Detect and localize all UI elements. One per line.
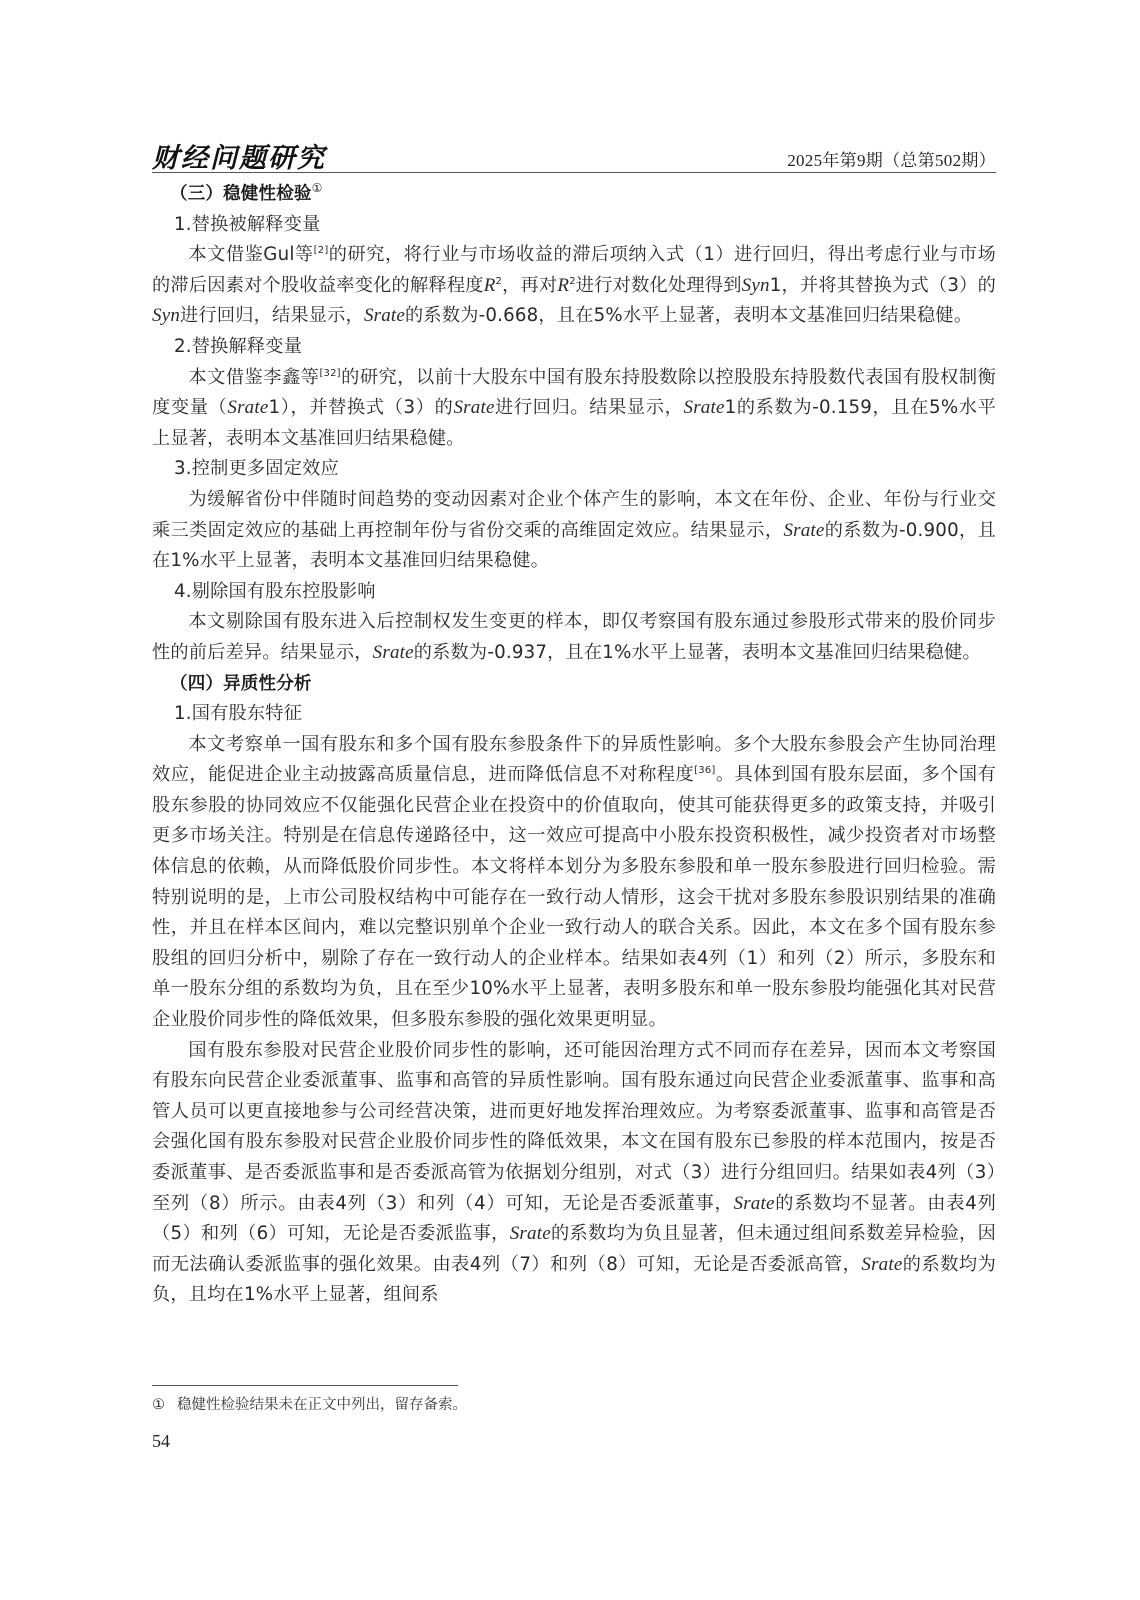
text: 的系数为-0.937，且在1%水平上显著，表明本文基准回归结果稳健。 xyxy=(414,642,981,663)
paragraph: 国有股东参股对民营企业股价同步性的影响，还可能因治理方式不同而存在差异，因而本文… xyxy=(152,1036,996,1311)
subheading-replace-dependent: 1.替换被解释变量 xyxy=(152,210,996,241)
variable: Srate xyxy=(453,397,494,418)
variable: Srate xyxy=(783,520,824,541)
footnote: ①稳健性检验结果未在正文中列出，留存备索。 xyxy=(152,1393,467,1414)
footnote-text: 稳健性检验结果未在正文中列出，留存备索。 xyxy=(177,1397,467,1413)
variable: Srate xyxy=(684,397,725,418)
variable: Srate xyxy=(510,1223,551,1244)
text: 进行对数化处理得到 xyxy=(576,275,742,296)
subheading-more-fixed-effects: 3.控制更多固定效应 xyxy=(152,454,996,485)
variable: R xyxy=(557,275,569,296)
variable: Srate xyxy=(861,1254,902,1275)
paragraph: 本文剔除国有股东进入后控制权发生变更的样本，即仅考察国有股东通过参股形式带来的股… xyxy=(152,607,996,668)
footnote-divider xyxy=(152,1385,458,1386)
text: 。具体到国有股东层面，多个国有股东参股的协同效应不仅能强化民营企业在投资中的价值… xyxy=(152,764,996,1030)
section-heading-robustness: （三）稳健性检验① xyxy=(152,179,996,210)
citation[interactable]: [2] xyxy=(314,245,329,256)
section-heading-text: （三）稳健性检验 xyxy=(170,184,312,204)
text: 本文借鉴李鑫等 xyxy=(188,367,319,388)
paragraph: 本文借鉴李鑫等[32]的研究，以前十大股东中国有股东持股数除以控股股东持股数代表… xyxy=(152,363,996,455)
section-heading-heterogeneity: （四）异质性分析 xyxy=(152,669,996,700)
variable: Srate xyxy=(227,397,268,418)
paragraph: 本文借鉴Gul等[2]的研究，将行业与市场收益的滞后项纳入式（1）进行回归，得出… xyxy=(152,240,996,332)
article-body: （三）稳健性检验① 1.替换被解释变量 本文借鉴Gul等[2]的研究，将行业与市… xyxy=(152,179,996,1311)
variable: Syn xyxy=(152,305,180,326)
citation[interactable]: [32] xyxy=(319,368,340,379)
footnote-reference[interactable]: ① xyxy=(312,181,323,195)
footnote-mark: ① xyxy=(152,1397,165,1413)
issue-info: 2025年第9期（总第502期） xyxy=(787,146,996,171)
subheading-replace-explanatory: 2.替换解释变量 xyxy=(152,332,996,363)
variable: Syn xyxy=(742,275,770,296)
text: 国有股东参股对民营企业股价同步性的影响，还可能因治理方式不同而存在差异，因而本文… xyxy=(152,1040,996,1214)
text: 1，并将其替换为式（3）的 xyxy=(770,275,996,296)
text: 进行回归，结果显示， xyxy=(180,305,364,326)
paragraph: 本文考察单一国有股东和多个国有股东参股条件下的异质性影响。多个大股东参股会产生协… xyxy=(152,730,996,1036)
page-header: 财经问题研究 2025年第9期（总第502期） xyxy=(152,136,996,173)
page-number: 54 xyxy=(152,1431,170,1452)
text: 进行回归。结果显示， xyxy=(495,397,684,418)
subheading-exclude-state-control: 4.剔除国有股东控股影响 xyxy=(152,577,996,608)
text: 本文借鉴Gul等 xyxy=(188,244,313,265)
subheading-shareholder-features: 1.国有股东特征 xyxy=(152,699,996,730)
citation[interactable]: [36] xyxy=(694,765,715,776)
journal-logo: 财经问题研究 xyxy=(152,136,326,175)
variable: Srate xyxy=(364,305,405,326)
paragraph: 为缓解省份中伴随时间趋势的变动因素对企业个体产生的影响，本文在年份、企业、年份与… xyxy=(152,485,996,577)
variable: R xyxy=(484,275,496,296)
variable: Srate xyxy=(734,1193,775,1214)
text: ，再对 xyxy=(502,275,557,296)
text: 1），并替换式（3）的 xyxy=(269,397,454,418)
text: 的系数为-0.668，且在5%水平上显著，表明本文基准回归结果稳健。 xyxy=(405,305,972,326)
variable: Srate xyxy=(373,642,414,663)
